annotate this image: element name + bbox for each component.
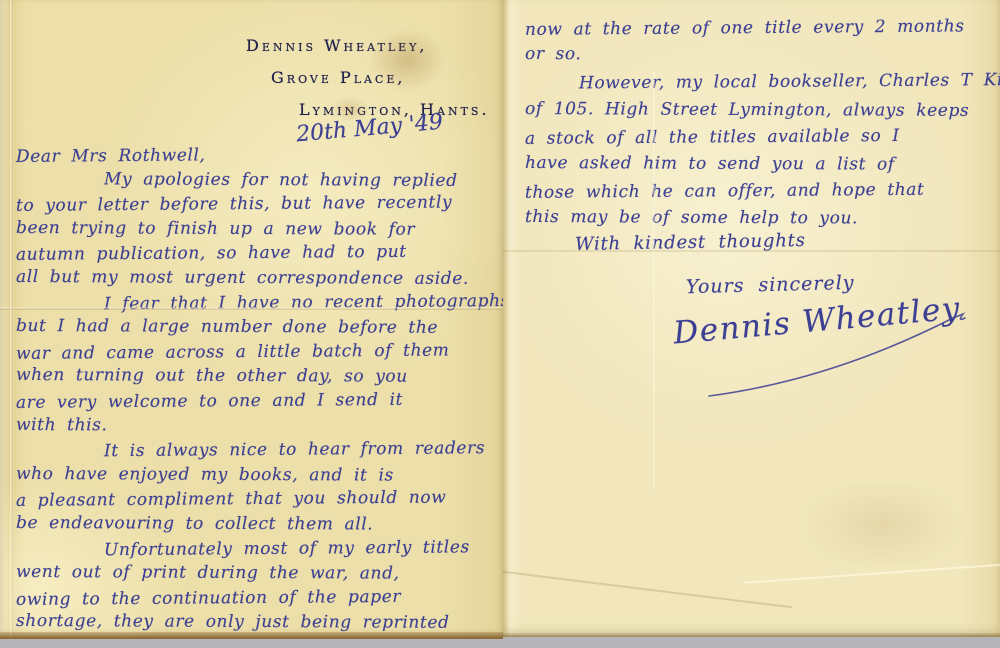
fold-crease: [10, 0, 13, 639]
handwritten-line: now at the rate of one title every 2 mon…: [525, 13, 995, 44]
fold-crease: [743, 562, 1000, 584]
paper-edge: [0, 632, 503, 639]
letter-page-right: now at the rate of one title every 2 mon…: [503, 0, 1000, 637]
handwritten-line: all but my most urgent correspondence as…: [16, 265, 498, 292]
handwritten-line: a pleasant compliment that you should no…: [16, 485, 498, 513]
handwritten-line: of 105. High Street Lymington, always ke…: [525, 96, 995, 125]
valediction: With kindest thoughts: [575, 230, 806, 255]
handwritten-line: been trying to finish up a new book for: [16, 216, 498, 243]
handwritten-line: Dear Mrs Rothwell,: [16, 141, 498, 169]
handwritten-line: be endeavouring to collect them all.: [16, 511, 498, 538]
stain-mark: [803, 480, 963, 570]
letterhead-address-line: Grove Place,: [271, 68, 406, 87]
handwritten-line: went out of print during the war, and,: [16, 560, 498, 587]
handwritten-line: those which he can offer, and hope that: [525, 176, 995, 207]
letter-body-right: now at the rate of one title every 2 mon…: [525, 15, 995, 233]
handwritten-line: have asked him to send you a list of: [525, 150, 995, 179]
handwritten-line: owing to the continuation of the paper: [16, 584, 498, 612]
handwritten-line: to your letter before this, but have rec…: [16, 190, 498, 218]
handwritten-line: or so.: [525, 41, 995, 70]
letter-page-left: Dennis Wheatley, Grove Place, Lymington,…: [0, 0, 503, 639]
signature: Dennis Wheatley: [672, 291, 962, 352]
handwritten-line: this may be of some help to you.: [525, 204, 995, 233]
letter-body-left: Dear Mrs Rothwell,My apologies for not h…: [16, 143, 498, 635]
scanned-letter: Dennis Wheatley, Grove Place, Lymington,…: [0, 0, 1000, 648]
closing-phrase: Yours sincerely: [686, 272, 855, 298]
handwritten-line: However, my local bookseller, Charles T …: [525, 68, 995, 99]
handwritten-line: when turning out the other day, so you: [16, 363, 498, 390]
handwritten-line: are very welcome to one and I send it: [16, 387, 498, 415]
handwritten-line: but I had a large number done before the: [16, 314, 498, 341]
handwritten-line: Unfortunately most of my early titles: [16, 535, 498, 563]
handwritten-line: war and came across a little batch of th…: [16, 338, 498, 366]
letterhead-name: Dennis Wheatley,: [246, 36, 428, 55]
handwritten-line: a stock of all the titles available so I: [525, 122, 995, 153]
handwritten-line: who have enjoyed my books, and it is: [16, 462, 498, 489]
handwritten-line: with this.: [16, 412, 498, 439]
handwritten-line: I fear that I have no recent photographs…: [16, 289, 498, 317]
handwritten-line: My apologies for not having replied: [16, 167, 498, 194]
handwritten-line: autumn publication, so have had to put: [16, 239, 498, 267]
paper-edge: [503, 633, 1000, 637]
fold-crease: [503, 570, 792, 609]
handwritten-line: It is always nice to hear from readers: [16, 436, 498, 464]
